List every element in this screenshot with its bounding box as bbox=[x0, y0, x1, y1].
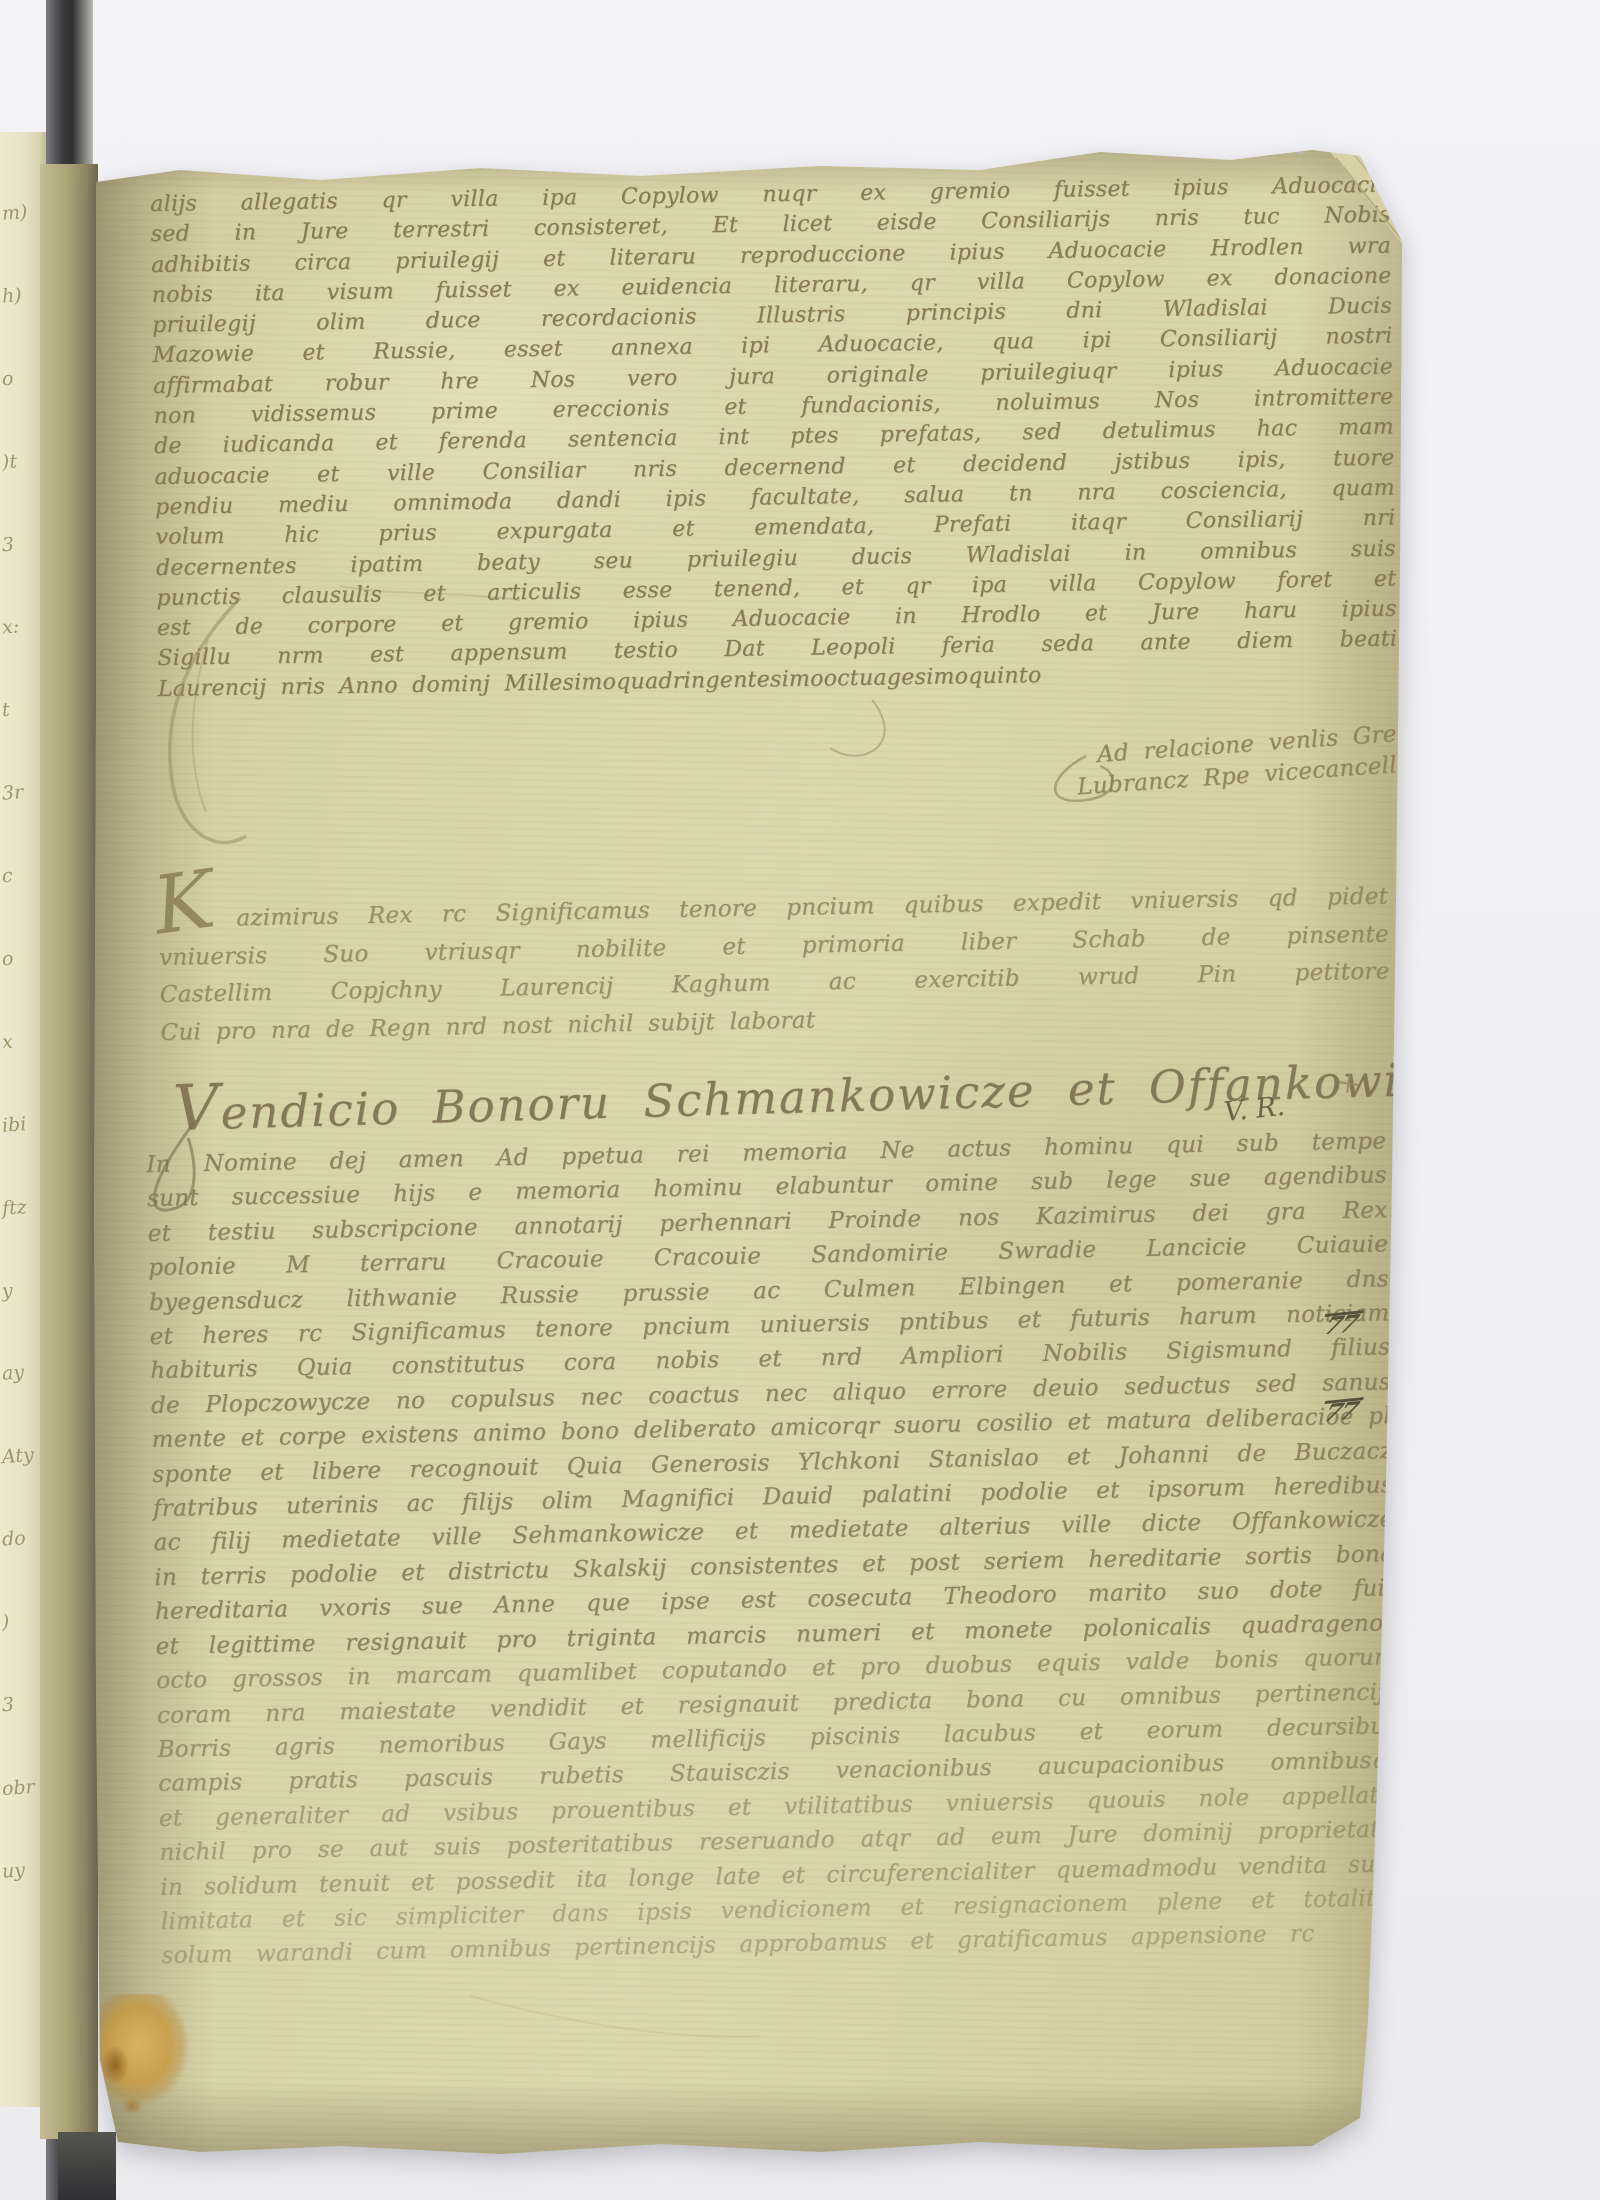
heading-side-annotation: V. R. bbox=[1223, 1091, 1287, 1128]
margin-tally-marks: 7777 bbox=[1322, 1312, 1359, 1424]
page-shadow: 109 88 alijs allegatis qr villa ipa Copy… bbox=[0, 0, 1600, 2200]
faint-scratch bbox=[470, 1996, 760, 2037]
royal-note-block: azimirus Rex rc Significamus tenore pnci… bbox=[158, 878, 1391, 1052]
ink-smudge bbox=[468, 118, 488, 132]
margin-tally-mark: 77 bbox=[1317, 1310, 1364, 1339]
manuscript-page: 109 88 alijs allegatis qr villa ipa Copy… bbox=[0, 0, 1600, 2200]
pencil-stroke bbox=[1241, 109, 1304, 156]
pen-flourish bbox=[830, 700, 885, 756]
ink-stain-core bbox=[102, 2046, 128, 2084]
cross-mark: + bbox=[1334, 1064, 1364, 1102]
ink-smudge bbox=[452, 134, 466, 144]
ink-stain-spot bbox=[122, 2098, 142, 2114]
ink-smudge bbox=[436, 100, 464, 118]
heading-drop-cap: V bbox=[172, 1071, 222, 1145]
photo-background: m)h)o)t3x:t3rcoxibiftzyayAtydo)3obruy 10… bbox=[0, 0, 1600, 2200]
folio-number-ink: 109 bbox=[490, 76, 596, 137]
ink-smudge bbox=[415, 112, 425, 120]
document1-text-block: alijs allegatis qr villa ipa Copylow nuq… bbox=[150, 171, 1398, 705]
margin-tally-mark: 77 bbox=[1317, 1397, 1364, 1426]
folio-number-pencil: 88 bbox=[1181, 83, 1230, 128]
bottom-edge-shading bbox=[94, 2082, 1384, 2154]
document2-text-block: In Nomine dej amen Ad ppetua rei memoria… bbox=[146, 1124, 1402, 1973]
